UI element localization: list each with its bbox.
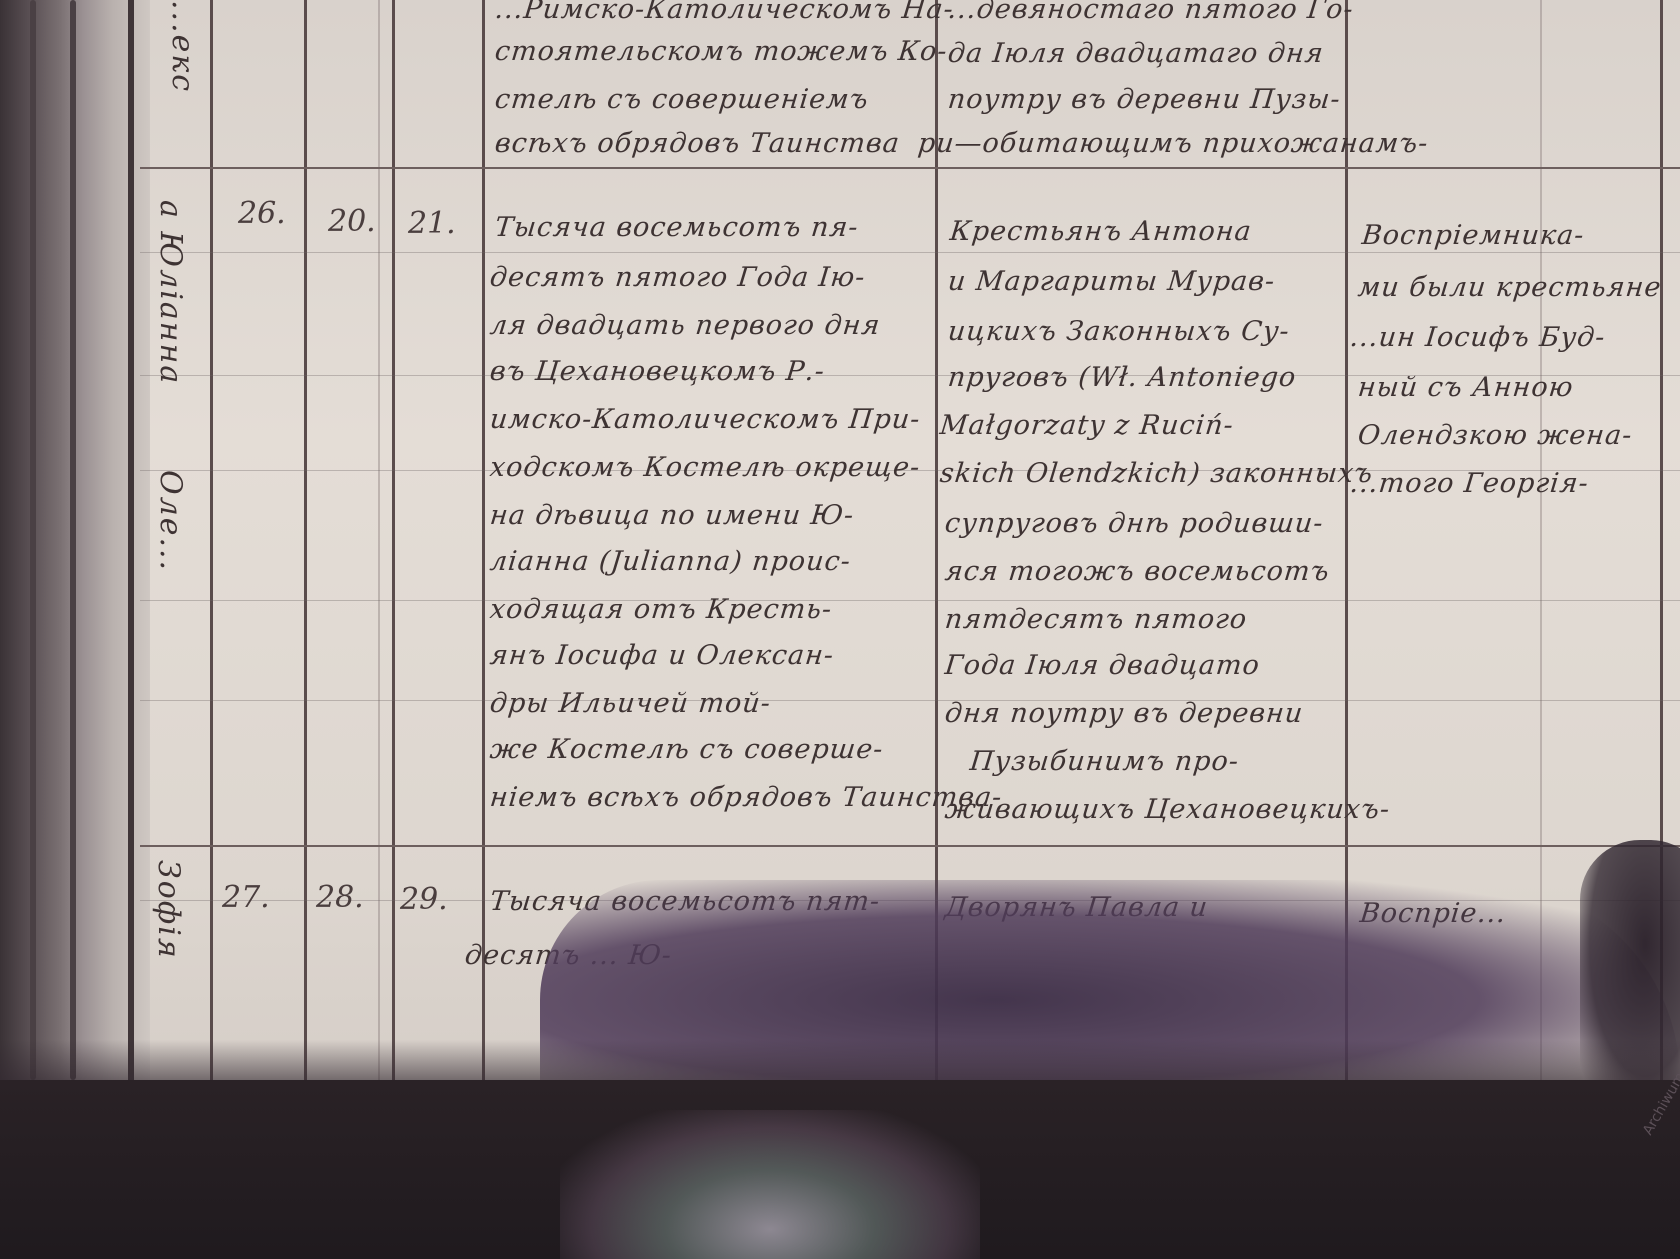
row-separator [140, 167, 1680, 169]
entry-1-surname: Оле... [153, 470, 188, 572]
column-rule-faint [378, 0, 380, 1080]
entry-2-name: Зофія [151, 860, 186, 960]
binding-edge [70, 0, 76, 1080]
entry-2-col-a: 27. [222, 880, 270, 915]
light-glare [560, 1110, 980, 1259]
column-rule [210, 0, 213, 1080]
register-page-photo: ...екс ...Римско-Католическомъ На- стоят… [0, 0, 1680, 1259]
guide-line [140, 600, 1680, 601]
entry-2-col-b: 28. [316, 880, 364, 915]
guide-line [140, 700, 1680, 701]
guide-line [140, 252, 1680, 253]
entry-1-name: а Юліанна [153, 200, 188, 385]
column-rule [392, 0, 395, 1080]
entry-2-col-c: 29. [400, 882, 448, 917]
binding-edge [30, 0, 36, 1080]
row-separator [140, 845, 1680, 847]
column-rule [482, 0, 485, 1080]
prev-entry-name: ...екс [165, 0, 200, 93]
column-rule [304, 0, 307, 1080]
entry-1-col-a: 26. [238, 196, 286, 231]
entry-1-col-b: 20. [328, 204, 376, 239]
entry-1-col-c: 21. [408, 206, 456, 241]
column-rule [128, 0, 134, 1080]
